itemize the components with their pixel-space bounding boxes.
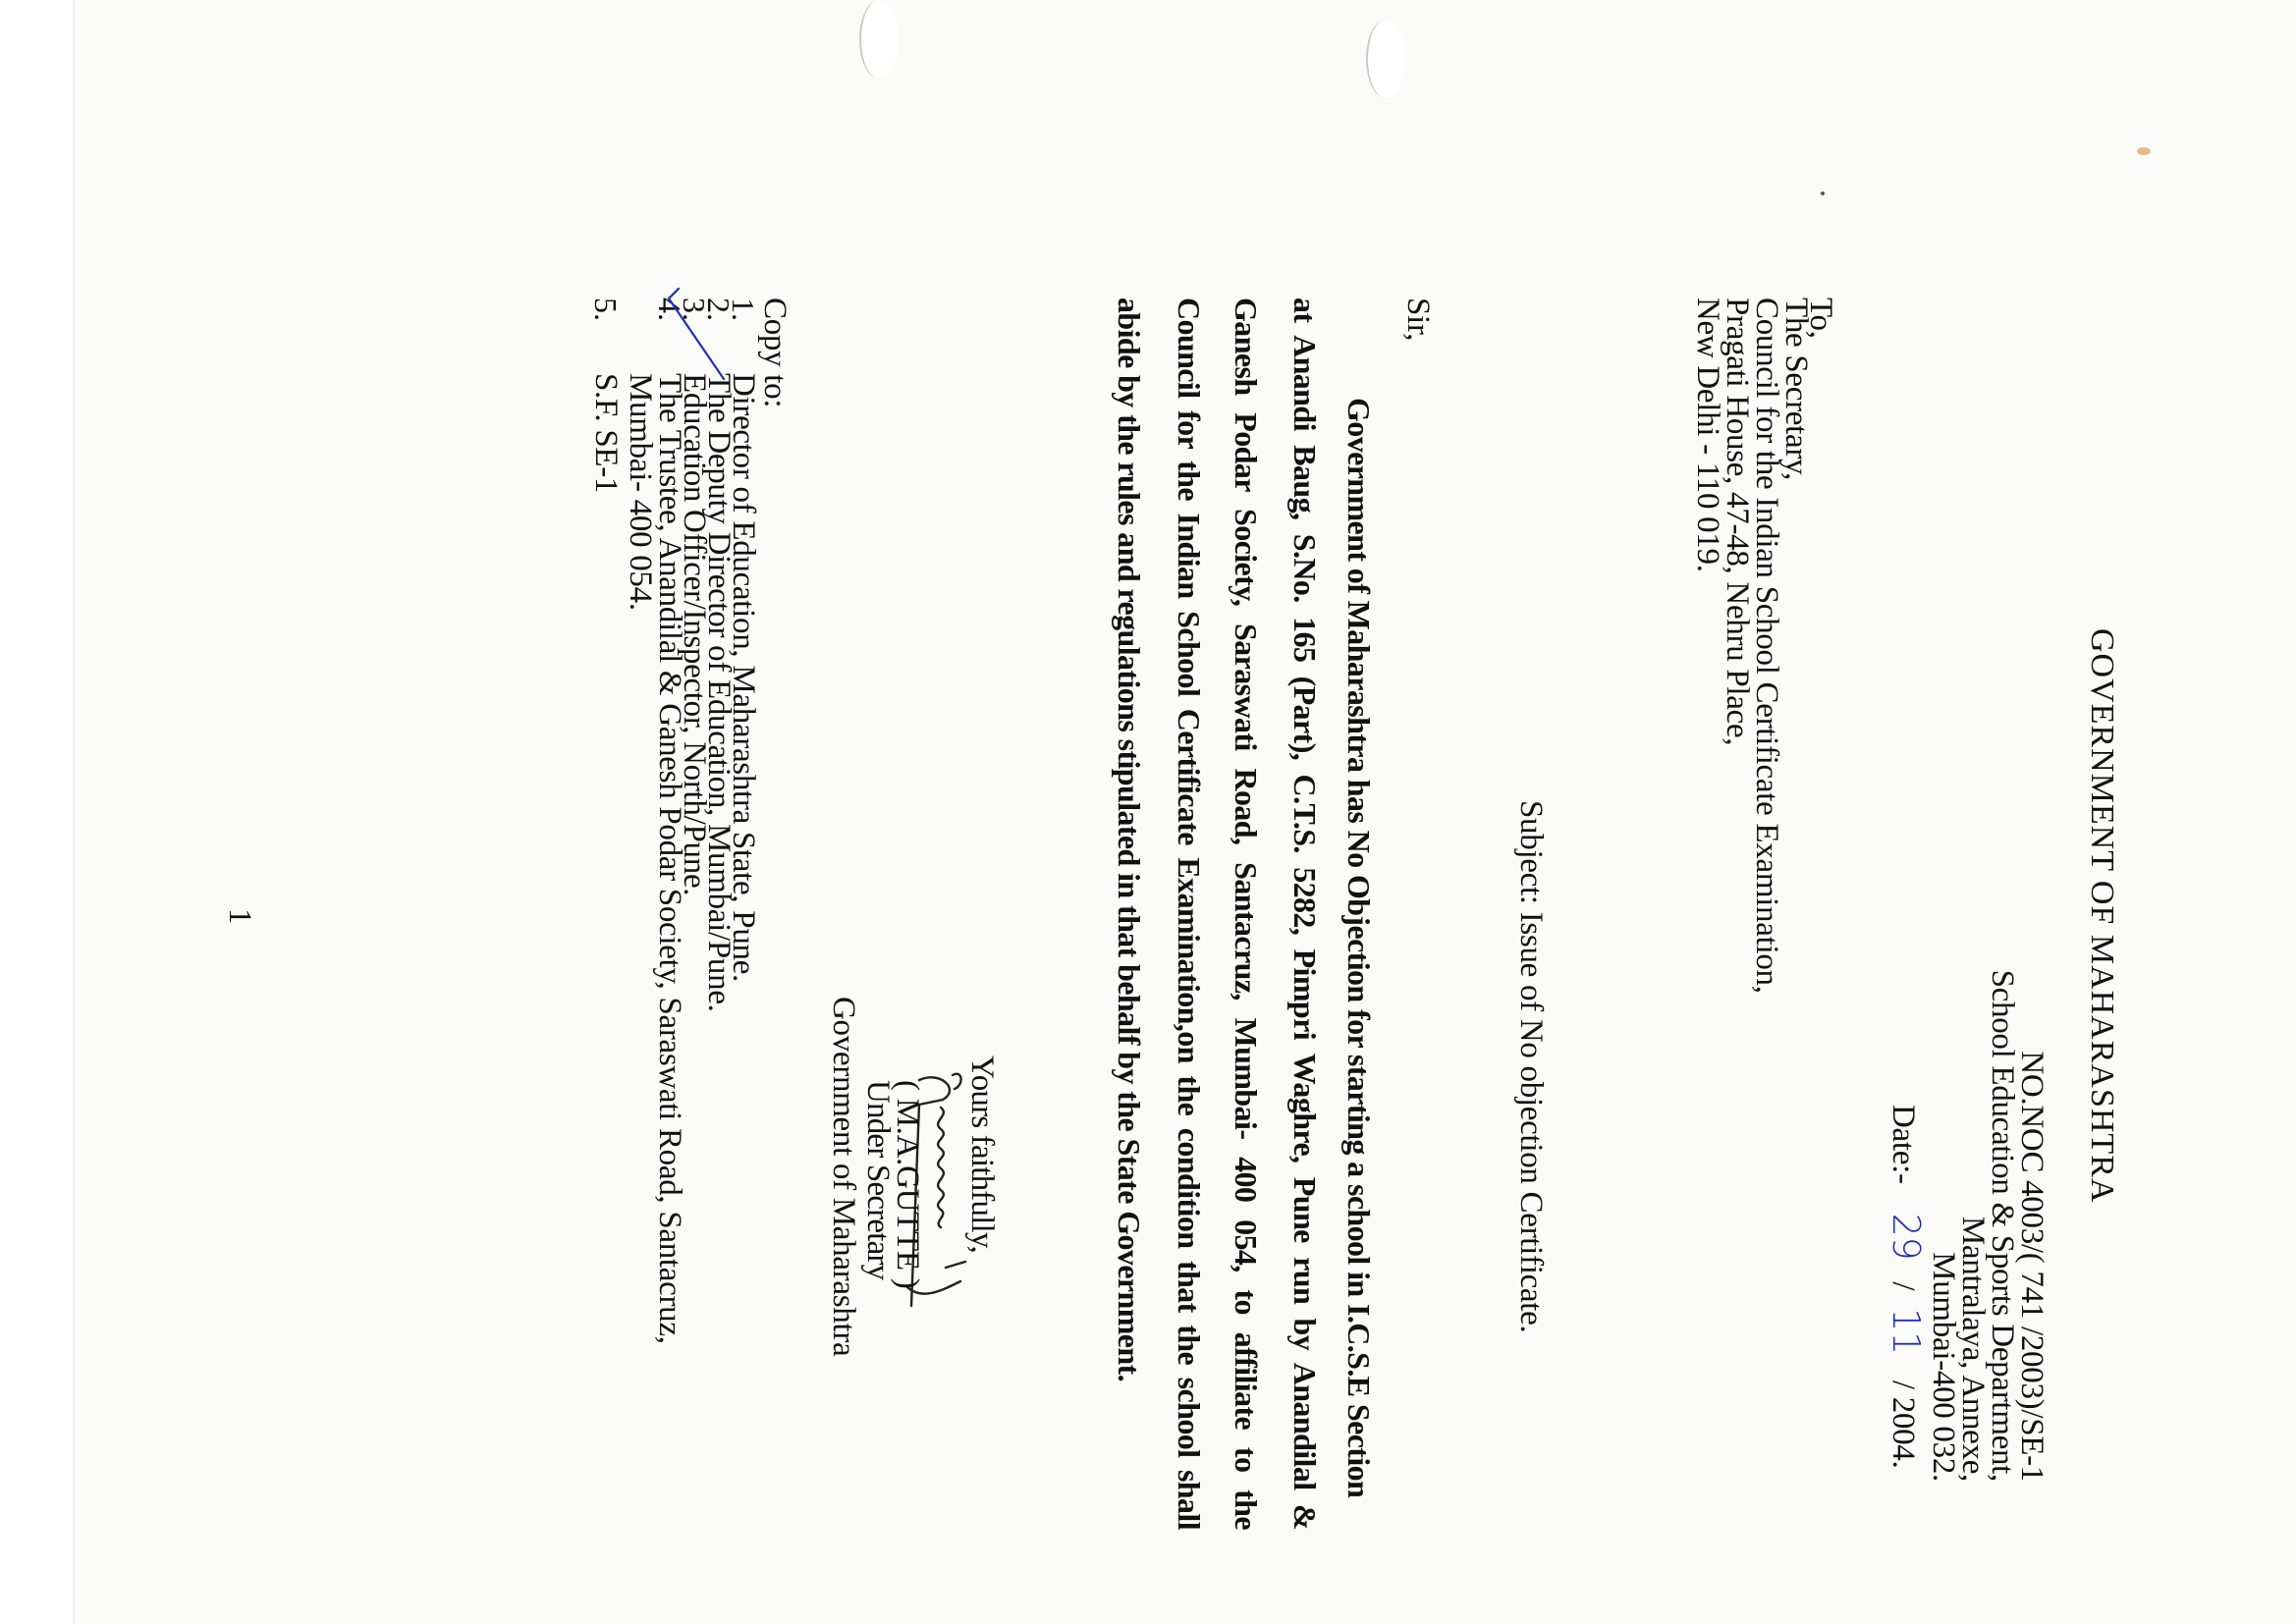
signatory-designation: Under Secretary [861,1080,894,1279]
subject-line: Subject: Issue of No objection Certifica… [1514,800,1547,1332]
date-label: Date:- [1886,1105,1921,1184]
paper-edge-shadow [72,0,75,1624]
punch-hole-bottom [1366,20,1405,98]
scanned-letter-page: GOVERNMENT OF MAHARASHTRA NO.NOC 4003/( … [0,0,2296,1624]
rust-stain [2137,147,2151,155]
page-number: 1 [223,908,255,924]
date-line: Date:- 29 / 11 / 2004. [1886,1105,1925,1468]
recipient-line: New Delhi - 110 019. [1691,298,1723,572]
scanner-margin [0,0,72,1624]
copy-item-text: S.F. SE-1 [589,373,622,493]
copy-to-label: Copy to: [758,298,791,407]
body-line: Government of Maharashtra has No Objecti… [1343,398,1375,1497]
body-line: Council for the Indian School Certificat… [1174,298,1205,1530]
date-month-handwritten: 11 [1885,1308,1928,1355]
letterhead-title: GOVERNMENT OF MAHARASHTRA [2085,628,2118,1203]
dust-speck [1821,191,1825,195]
pen-tick-icon [651,285,739,403]
date-day-handwritten: 29 [1885,1214,1928,1261]
body-line: abide by the rules and regulations stipu… [1114,298,1145,1381]
copy-item-text: Mumbai- 400 054. [624,373,656,611]
signatory-organisation: Government of Maharashtra [827,997,859,1356]
copy-item-number: 5. [590,298,622,321]
body-line: at Anandi Baug, S.No. 165 (Part), C.T.S.… [1289,298,1321,1530]
department-city: Mumbai-400 032. [1927,1252,1959,1482]
greeting: Sir, [1401,298,1434,341]
date-separator: / [1886,1281,1921,1290]
date-year: / 2004. [1886,1380,1921,1469]
punch-hole-top [859,0,899,79]
body-line: Ganesh Podar Society, Saraswati Road, Sa… [1230,298,1262,1530]
